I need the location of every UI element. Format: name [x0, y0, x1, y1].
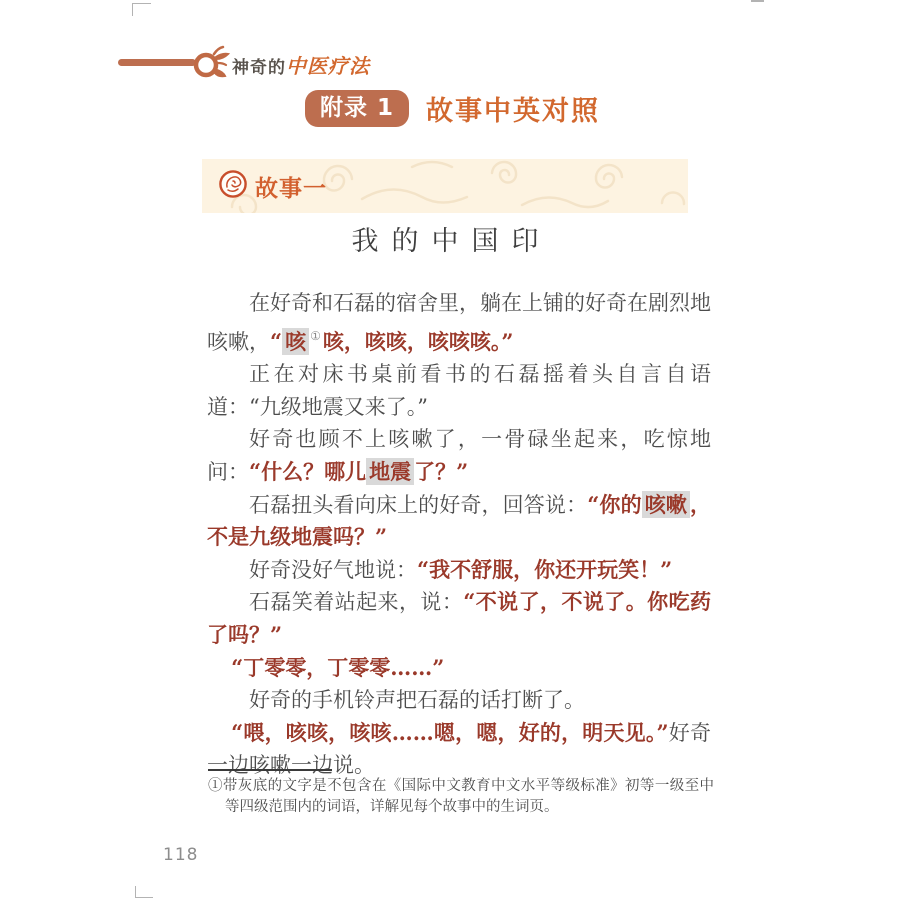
- text-segment: “我不舒服，你还开玩笑！”: [417, 557, 672, 582]
- text-segment: 石磊扭头看向床上的好奇，回答说：: [249, 493, 587, 517]
- highlighted-term: 咳: [282, 328, 309, 355]
- story-paragraph: 在好奇和石磊的宿舍里，躺在上铺的好奇在剧烈地咳嗽，“咳①咳，咳咳，咳咳咳。”: [207, 287, 711, 358]
- text-segment: 正在对床书桌前看书的石磊摇着头自言自语道：“九级地震又来了。”: [207, 362, 711, 419]
- text-segment: 石磊笑着站起来，说：: [249, 590, 463, 614]
- story-paragraph: 好奇没好气地说：“我不舒服，你还开玩笑！”: [207, 554, 711, 587]
- header-rule: [118, 59, 196, 66]
- text-segment: 咳，咳咳，咳咳咳。”: [323, 329, 514, 354]
- story-paragraph: 好奇的手机铃声把石磊的话打断了。: [207, 684, 711, 717]
- story-banner: 故事一: [202, 159, 688, 213]
- series-title: 神奇的中医疗法: [232, 50, 370, 79]
- footnote-marker: ①: [208, 778, 223, 794]
- story-banner-label: 故事一: [255, 170, 327, 203]
- book-page: 神奇的中医疗法 附录 1 故事中英对照: [0, 0, 900, 900]
- story-paragraph: 石磊扭头看向床上的好奇，回答说：“你的咳嗽，不是九级地震吗？”: [207, 489, 711, 554]
- crop-mark-bottom-left: [135, 886, 153, 898]
- story-paragraph: 正在对床书桌前看书的石磊摇着头自言自语道：“九级地震又来了。”: [207, 358, 711, 423]
- footnote-text: ①带灰底的文字是不包含在《国际中文教育中文水平等级标准》初等一级至中等四级范围内…: [208, 776, 714, 818]
- story-paragraph: “丁零零，丁零零……”: [207, 652, 711, 685]
- text-segment: “你的: [587, 492, 642, 517]
- text-segment: 了？”: [414, 459, 468, 484]
- footnote: ①带灰底的文字是不包含在《国际中文教育中文水平等级标准》初等一级至中等四级范围内…: [208, 769, 714, 818]
- text-segment: “喂，咳咳，咳咳……嗯，嗯，好的，明天见。”: [231, 720, 668, 745]
- story-title: 我的中国印: [202, 222, 688, 262]
- seal-icon: [218, 169, 248, 203]
- footnote-body: 带灰底的文字是不包含在《国际中文教育中文水平等级标准》初等一级至中等四级范围内的…: [223, 778, 714, 815]
- footnote-rule: [208, 769, 332, 771]
- story-paragraph: 石磊笑着站起来，说：“不说了，不说了。你吃药了吗？”: [207, 586, 711, 651]
- series-title-main: 中医疗法: [286, 54, 370, 78]
- story-paragraph: 好奇也顾不上咳嗽了，一骨碌坐起来，吃惊地问：“什么？哪儿地震了？”: [207, 423, 711, 488]
- text-segment: “丁零零，丁零零……”: [231, 655, 444, 680]
- crop-mark-top-left: [132, 3, 151, 16]
- text-segment: “: [270, 329, 282, 354]
- crop-mark-top: [751, 0, 764, 2]
- appendix-heading: 附录 1 故事中英对照: [305, 89, 600, 128]
- page-number: 118: [163, 845, 198, 865]
- series-title-prefix: 神奇的: [232, 58, 286, 78]
- appendix-badge: 附录 1: [305, 90, 409, 127]
- footnote-ref: ①: [310, 329, 321, 343]
- story-paragraphs: 在好奇和石磊的宿舍里，躺在上铺的好奇在剧烈地咳嗽，“咳①咳，咳咳，咳咳咳。”正在…: [207, 287, 711, 782]
- highlighted-term: 咳嗽: [642, 491, 690, 518]
- text-segment: 好奇的手机铃声把石磊的话打断了。: [249, 688, 585, 712]
- appendix-title: 故事中英对照: [426, 89, 600, 128]
- highlighted-term: 地震: [366, 458, 414, 485]
- gourd-icon: [188, 40, 234, 90]
- text-segment: “什么？哪儿: [249, 459, 366, 484]
- text-segment: 好奇没好气地说：: [249, 558, 417, 582]
